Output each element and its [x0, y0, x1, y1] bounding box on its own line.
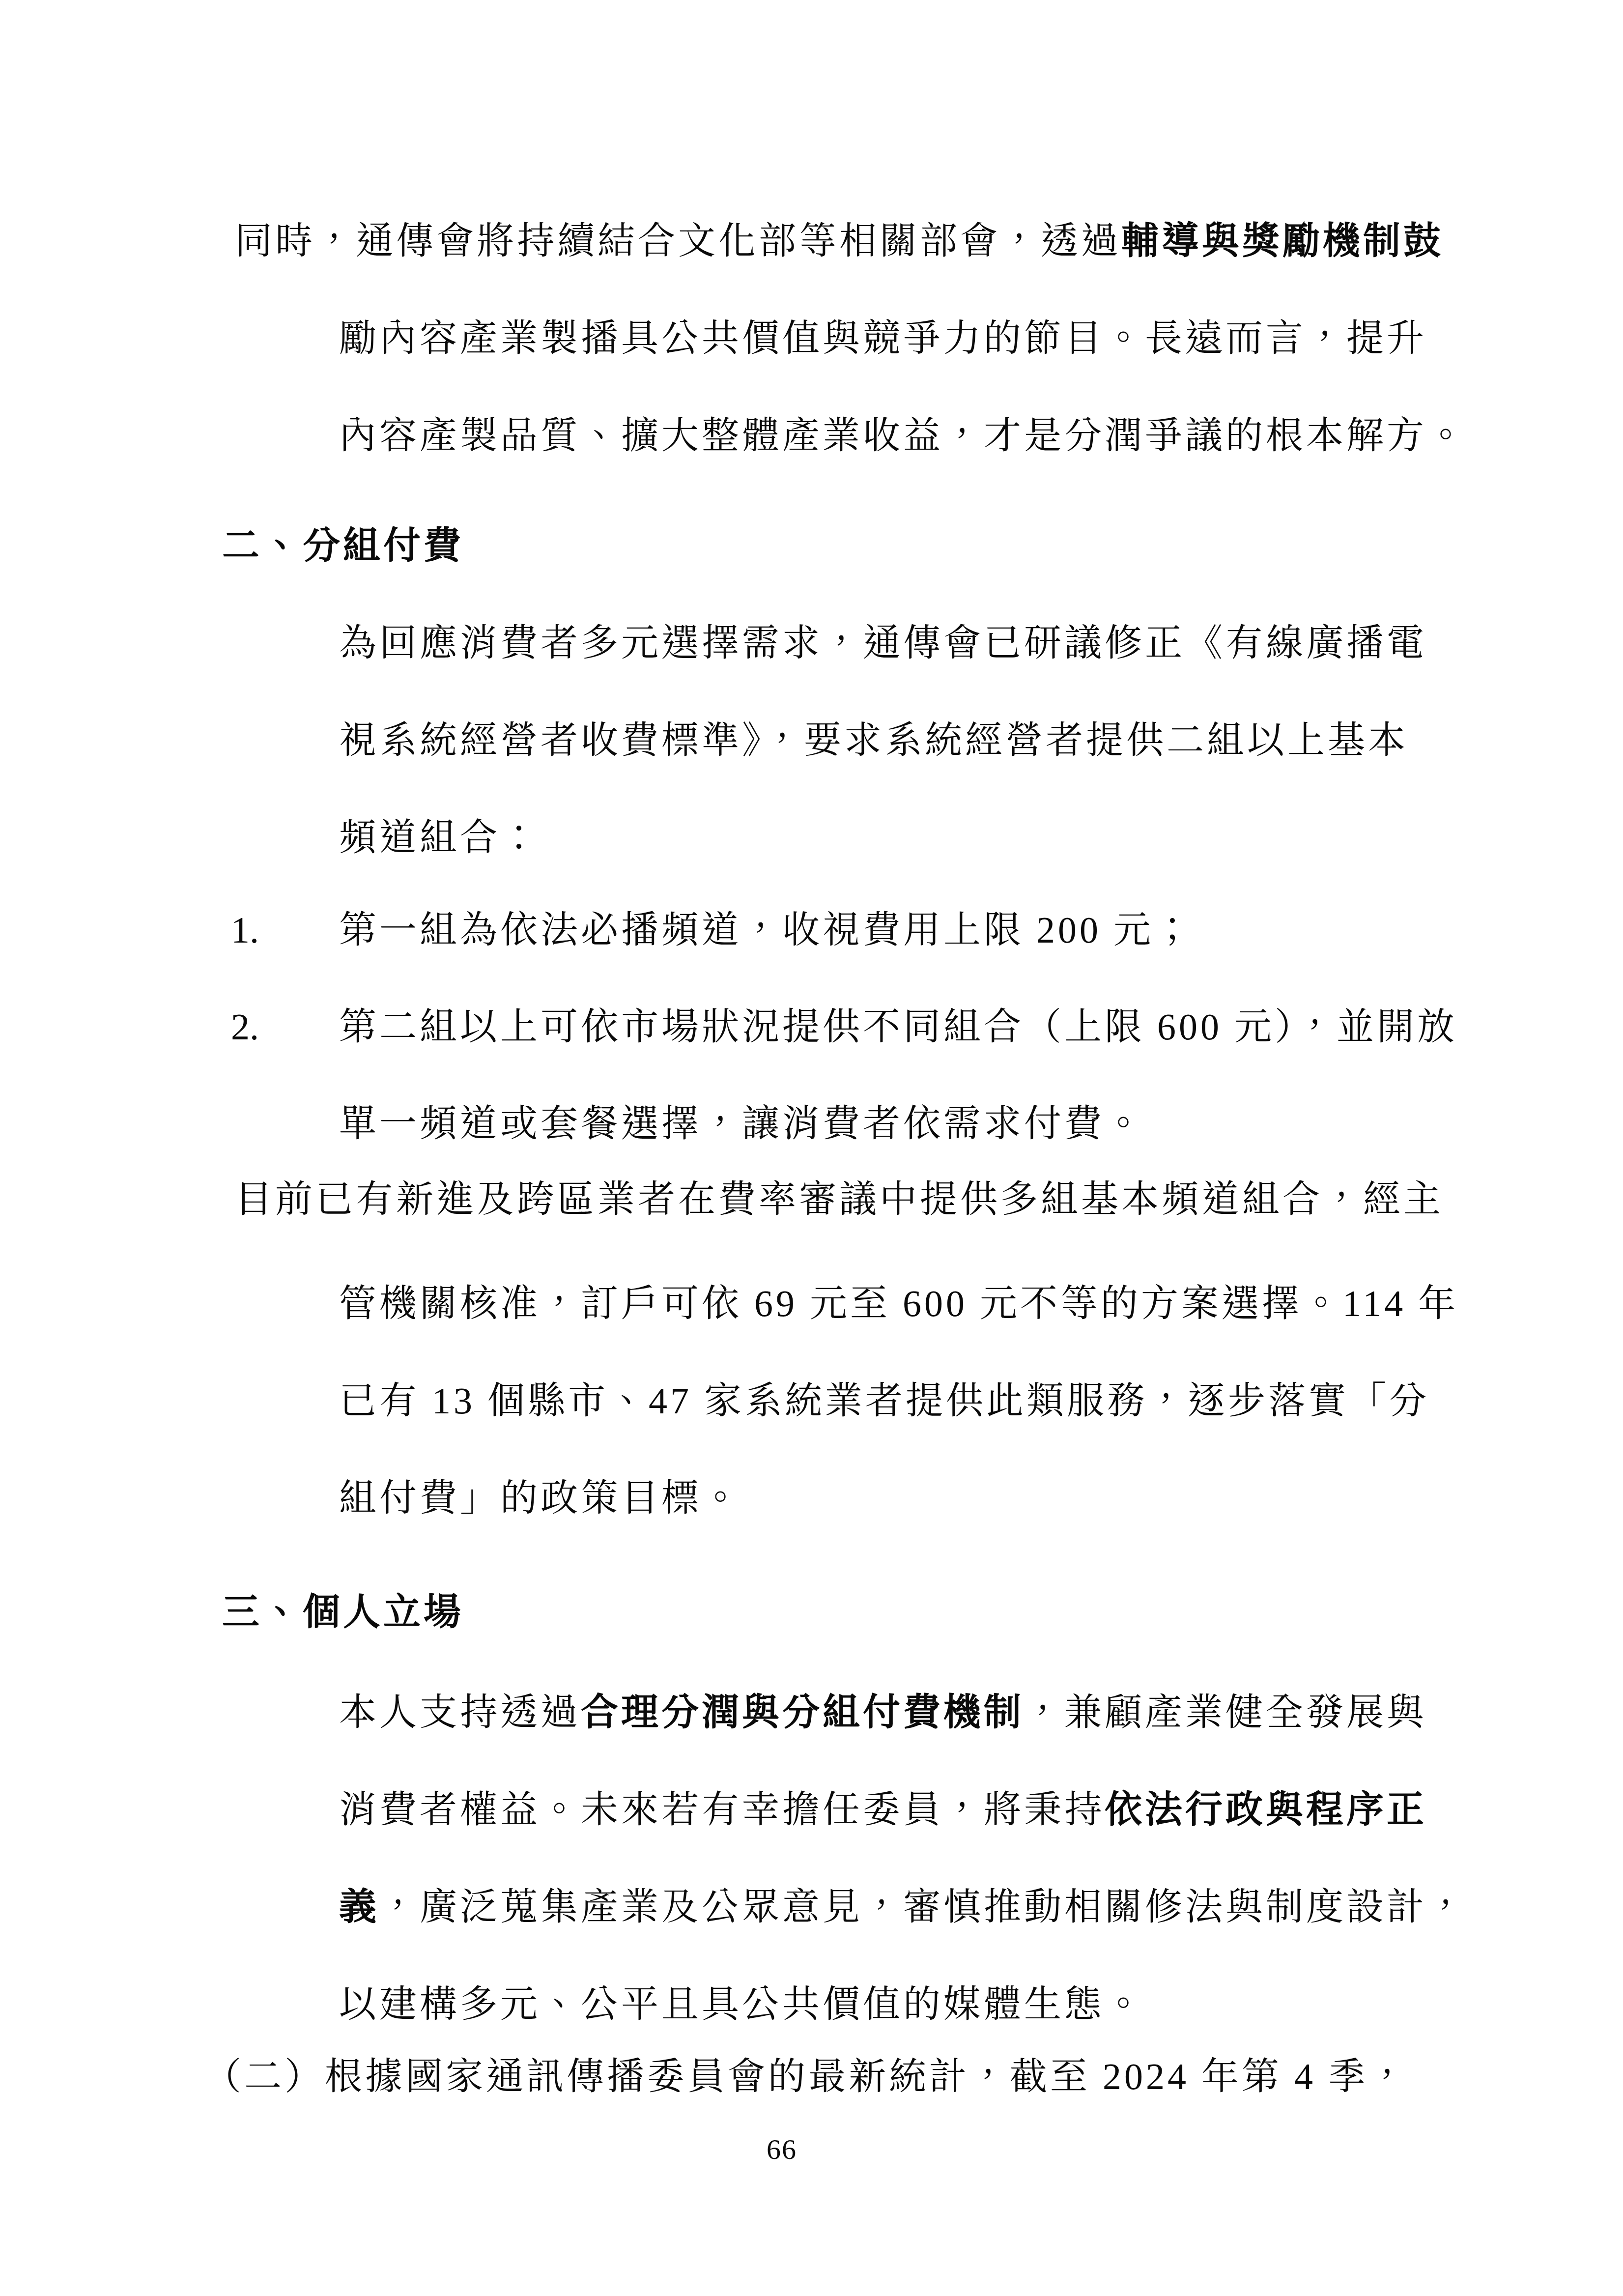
para1-line3: 內容產製品質、擴大整體產業收益，才是分潤爭議的根本解方。: [339, 416, 1467, 457]
text-segment: 三、個人立場: [222, 1592, 464, 1633]
list-item-2-line1: 2.第二組以上可依市場狀況提供不同組合（上限 600 元），並開放: [339, 1007, 1457, 1048]
text-segment: 消費者權益。未來若有幸擔任委員，將秉持: [339, 1789, 1105, 1831]
text-segment: 勵內容產業製播具公共價值與競爭力的節目。長遠而言，提升: [339, 318, 1427, 359]
text-segment: 視系統經營者收費標準》，要求系統經營者提供二組以上基本: [339, 720, 1408, 761]
para3-line4: 組付費」的政策目標。: [339, 1478, 742, 1520]
list-item-1-marker: 1.: [231, 910, 259, 951]
text-segment: 合理分潤與分組付費機制: [581, 1692, 1024, 1733]
text-segment: 組付費」的政策目標。: [339, 1478, 742, 1519]
text-segment: 依法行政與程序正: [1105, 1789, 1427, 1831]
para2-line1: 為回應消費者多元選擇需求，通傳會已研議修正《有線廣播電: [339, 623, 1427, 664]
text-segment: 同時，通傳會將持續結合文化部等相關部會，透過: [235, 221, 1121, 262]
text-segment: ，兼顧產業健全發展與: [1024, 1692, 1427, 1733]
text-segment: 為回應消費者多元選擇需求，通傳會已研議修正《有線廣播電: [339, 623, 1427, 664]
text-segment: 第二組以上可依市場狀況提供不同組合（上限 600 元），並開放: [339, 1006, 1457, 1048]
para5-line1: （二）根據國家通訊傳播委員會的最新統計，截至 2024 年第 4 季，: [204, 2057, 1409, 2098]
list-item-2-line1-marker: 2.: [231, 1007, 259, 1048]
para3-line3: 已有 13 個縣市、47 家系統業者提供此類服務，逐步落實「分: [339, 1381, 1429, 1422]
text-segment: 目前已有新進及跨區業者在費率審議中提供多組基本頻道組合，經主: [235, 1179, 1444, 1220]
heading-3-personal-stance: 三、個人立場: [222, 1592, 464, 1634]
para4-line1: 本人支持透過合理分潤與分組付費機制，兼顧產業健全發展與: [339, 1693, 1427, 1734]
para3-line1: 目前已有新進及跨區業者在費率審議中提供多組基本頻道組合，經主: [235, 1179, 1444, 1221]
para4-line4: 以建構多元、公平且具公共價值的媒體生態。: [339, 1984, 1145, 2026]
para3-line2: 管機關核准，訂戶可依 69 元至 600 元不等的方案選擇。114 年: [339, 1284, 1458, 1325]
list-item-2-line2: 單一頻道或套餐選擇，讓消費者依需求付費。: [339, 1104, 1145, 1145]
para4-line2: 消費者權益。未來若有幸擔任委員，將秉持依法行政與程序正: [339, 1790, 1427, 1831]
text-segment: 已有 13 個縣市、47 家系統業者提供此類服務，逐步落實「分: [339, 1380, 1429, 1422]
text-segment: 義: [339, 1887, 379, 1928]
text-segment: 輔導與獎勵機制鼓: [1121, 221, 1444, 262]
text-segment: 內容產製品質、擴大整體產業收益，才是分潤爭議的根本解方。: [339, 415, 1467, 457]
text-segment: ，廣泛蒐集產業及公眾意見，審慎推動相關修法與制度設計，: [379, 1887, 1467, 1928]
list-item-1: 1.第一組為依法必播頻道，收視費用上限 200 元；: [339, 910, 1194, 951]
heading-2-group-payment: 二、分組付費: [222, 526, 464, 567]
page-number: 66: [767, 2133, 797, 2166]
para2-line2: 視系統經營者收費標準》，要求系統經營者提供二組以上基本: [339, 720, 1408, 762]
document-page: 同時，通傳會將持續結合文化部等相關部會，透過輔導與獎勵機制鼓勵內容產業製播具公共…: [0, 0, 1623, 2296]
text-segment: 單一頻道或套餐選擇，讓消費者依需求付費。: [339, 1103, 1145, 1145]
text-segment: 第一組為依法必播頻道，收視費用上限 200 元；: [339, 910, 1194, 951]
text-block: 同時，通傳會將持續結合文化部等相關部會，透過輔導與獎勵機制鼓勵內容產業製播具公共…: [0, 0, 1623, 2296]
text-segment: 管機關核准，訂戶可依 69 元至 600 元不等的方案選擇。114 年: [339, 1283, 1458, 1324]
text-segment: 本人支持透過: [339, 1692, 581, 1733]
text-segment: （二）根據國家通訊傳播委員會的最新統計，截至 2024 年第 4 季，: [204, 2056, 1409, 2097]
para4-line3: 義，廣泛蒐集產業及公眾意見，審慎推動相關修法與制度設計，: [339, 1887, 1467, 1928]
text-segment: 以建構多元、公平且具公共價值的媒體生態。: [339, 1984, 1145, 2025]
text-segment: 二、分組付費: [222, 525, 464, 567]
text-segment: 頻道組合：: [339, 817, 541, 859]
para1-line2: 勵內容產業製播具公共價值與競爭力的節目。長遠而言，提升: [339, 318, 1427, 360]
para1-line1: 同時，通傳會將持續結合文化部等相關部會，透過輔導與獎勵機制鼓: [235, 221, 1444, 262]
para2-line3: 頻道組合：: [339, 818, 541, 859]
